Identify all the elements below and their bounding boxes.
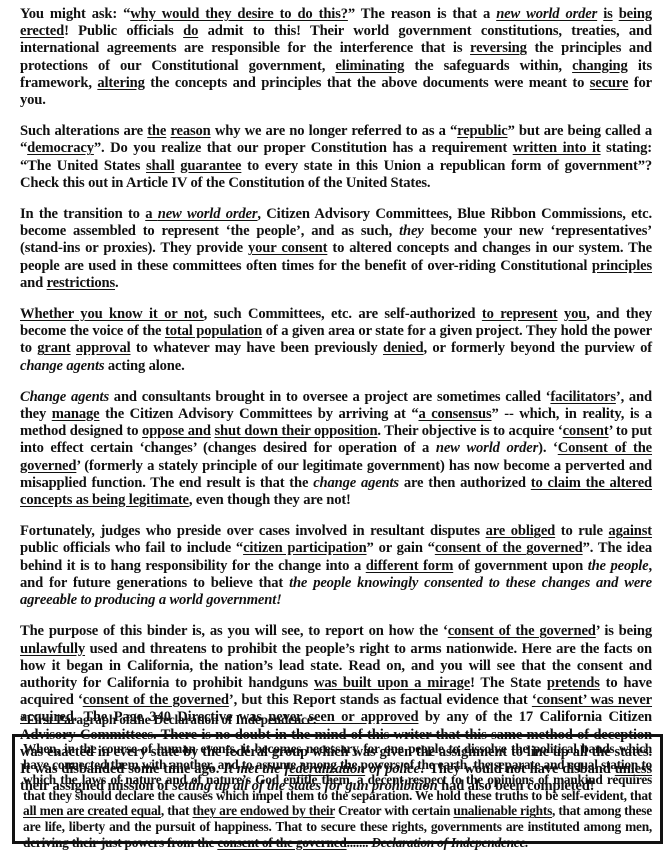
underlined-text: facilitators [550, 389, 615, 405]
underlined-text: why would they desire to do this? [130, 6, 348, 22]
text-run: , or formerly beyond the purview of [423, 340, 652, 356]
underlined-text: a consensus [418, 406, 491, 422]
text-run: You might ask: “ [20, 6, 130, 22]
declaration-text: When, in the course of human events, it … [23, 741, 652, 850]
text-run: ’, but this Report stands as factual evi… [229, 692, 532, 708]
italic-text: Change agents [20, 389, 109, 405]
underlined-text: your consent [248, 240, 327, 256]
underlined-text: eliminating [335, 58, 404, 74]
paragraph-transition: In the transition to a new world order, … [20, 206, 652, 292]
underlined-text: do [183, 23, 198, 39]
declaration-quote-box: When, in the course of human events, it … [12, 734, 663, 844]
paragraph-judges: Fortunately, judges who preside over cas… [20, 523, 652, 609]
underlined-text: manage [52, 406, 100, 422]
italic-text: Declaration of Independence. [371, 835, 528, 850]
underlined-text: grant [37, 340, 70, 356]
text-run: ”. Do you realize that our proper Consti… [94, 140, 513, 156]
underlined-text: written into it [513, 140, 601, 156]
text-run: acting alone. [104, 358, 184, 374]
italic-underlined-text: new world order [158, 206, 258, 222]
text-run: , that [161, 803, 193, 818]
paragraph-self-authorized: Whether you know it or not, such Committ… [20, 306, 652, 375]
underlined-text: they are endowed by their [192, 803, 334, 818]
paragraph-why-desire: You might ask: “why would they desire to… [20, 6, 652, 109]
text-run: Such alterations are [20, 123, 147, 139]
underlined-text: shall [146, 158, 174, 174]
underlined-text: pretends [547, 675, 600, 691]
underlined-text: total population [165, 323, 262, 339]
italic-text: new world order [436, 440, 538, 456]
text-run: and [20, 275, 47, 291]
underlined-text: reason [170, 123, 210, 139]
text-run: the Citizen Advisory Committees by arriv… [99, 406, 418, 422]
italic-underlined-text: new world order [496, 6, 597, 22]
text-run: ! The State [470, 675, 547, 691]
underlined-text: guarantee [180, 158, 241, 174]
underlined-text: all men are created equal [23, 803, 161, 818]
underlined-text: denied [383, 340, 423, 356]
text-run: ! Public officials [64, 23, 183, 39]
underlined-text: consent [563, 423, 609, 439]
underlined-text: consent of the governed [83, 692, 229, 708]
footnote-label: *First Paragraph of the Declaration of I… [20, 712, 317, 728]
text-run: When, in the course of human events, it … [23, 741, 652, 803]
underlined-text: consent of the governed [435, 540, 583, 556]
underlined-text: consent of the governed [217, 835, 346, 850]
text-run: ” The reason is that a [348, 6, 496, 22]
underlined-text: oppose and [142, 423, 211, 439]
document-page: You might ask: “why would they desire to… [20, 6, 652, 809]
text-run: . Their objective is to acquire ‘ [377, 423, 562, 439]
italic-text: change agents [313, 475, 399, 491]
text-run: why we are no longer referred to as a “ [211, 123, 457, 139]
text-run: , such Committees, etc. are self-authori… [204, 306, 482, 322]
underlined-text: are obliged [486, 523, 556, 539]
underlined-text: secure [590, 75, 629, 91]
italic-text: they [399, 223, 424, 239]
underlined-text: changing [572, 58, 628, 74]
underlined-text: you [564, 306, 586, 322]
text-run: ....... [347, 835, 372, 850]
underlined-text: citizen participation [243, 540, 366, 556]
text-run: are then authorized [399, 475, 531, 491]
underlined-text: consent of the governed [448, 623, 596, 639]
text-run: the concepts and principles that the abo… [145, 75, 590, 91]
text-run: public officials who fail to include “ [20, 540, 243, 556]
text-run: The purpose of this binder is, as you wi… [20, 623, 448, 639]
underlined-text: unalienable rights [453, 803, 552, 818]
underlined-text: unlawfully [20, 641, 85, 657]
paragraph-republic-democracy: Such alterations are the reason why we a… [20, 123, 652, 192]
text-run: of government upon [453, 558, 587, 574]
underlined-text: a [145, 206, 158, 222]
underlined-text: reversing [470, 40, 527, 56]
underlined-text: different form [366, 558, 454, 574]
underlined-text: democracy [27, 140, 94, 156]
underlined-text: to represent [482, 306, 558, 322]
underlined-text: approval [76, 340, 131, 356]
text-run: . [115, 275, 119, 291]
underlined-text: against [608, 523, 652, 539]
text-run: the safeguards within, [404, 58, 572, 74]
underlined-text: is [603, 6, 612, 22]
underlined-text: the [147, 123, 166, 139]
underlined-text: altering [97, 75, 144, 91]
text-run: Creator with certain [335, 803, 454, 818]
text-run: to whatever may have been previously [131, 340, 383, 356]
paragraph-change-agents: Change agents and consultants brought in… [20, 389, 652, 509]
underlined-text: principles [592, 258, 652, 274]
text-run: Fortunately, judges who preside over cas… [20, 523, 486, 539]
text-run: and consultants brought in to oversee a … [109, 389, 550, 405]
text-run: ” or gain “ [367, 540, 435, 556]
text-run: , even though they are not! [189, 492, 351, 508]
italic-text: the people [588, 558, 649, 574]
text-run: ’ is being [596, 623, 652, 639]
underlined-text: republic [457, 123, 507, 139]
italic-text: change agents [20, 358, 104, 374]
text-run: to rule [555, 523, 608, 539]
underlined-text: Whether you know it or not [20, 306, 204, 322]
text-run: ). ‘ [538, 440, 558, 456]
underlined-text: shut down their opposition [215, 423, 378, 439]
text-run: In the transition to [20, 206, 145, 222]
underlined-text: restrictions [47, 275, 115, 291]
underlined-text: was built upon a mirage [314, 675, 470, 691]
